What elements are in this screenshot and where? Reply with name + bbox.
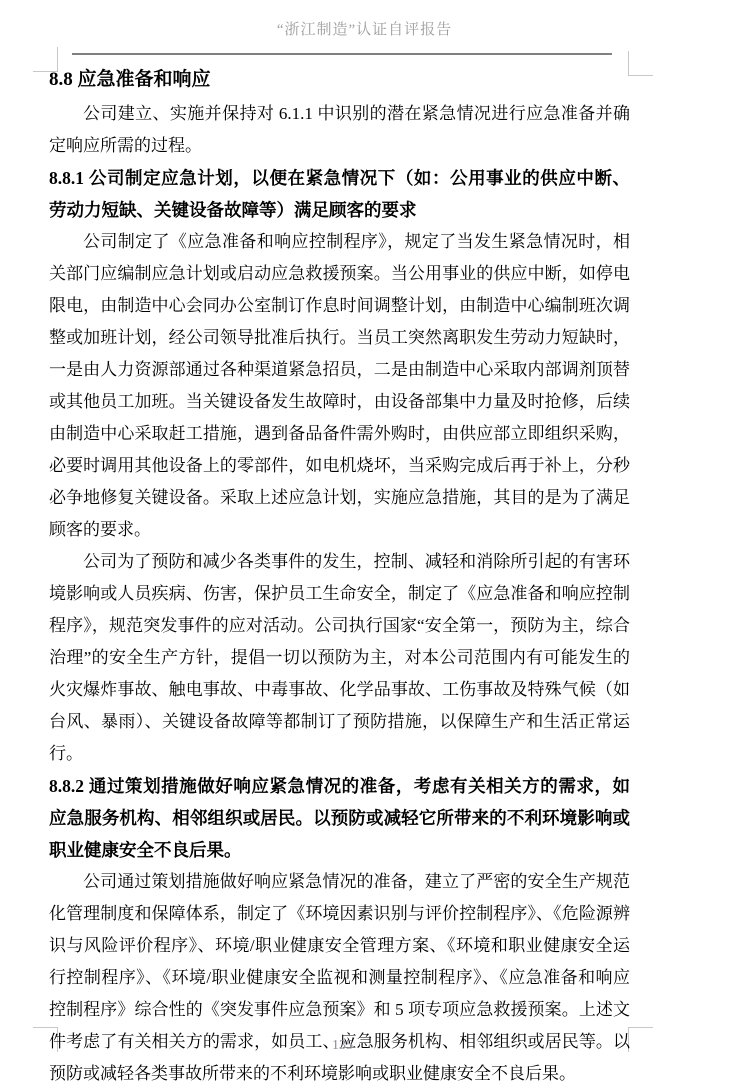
- page-number: 135: [332, 1038, 353, 1053]
- paragraph-8-8-1-a: 公司制定了《应急准备和响应控制程序》，规定了当发生紧急情况时，相关部门应编制应急…: [49, 226, 630, 546]
- header-rule: [72, 53, 612, 55]
- section-heading-8-8-2: 8.8.2 通过策划措施做好响应紧急情况的准备，考虑有关相关方的需求，如应急服务…: [49, 770, 630, 866]
- page-footer: 135: [0, 1038, 685, 1054]
- crop-mark-top-right: [628, 51, 653, 76]
- paragraph-8-8-2-a: 公司通过策划措施做好响应紧急情况的准备，建立了严密的安全生产规范化管理制度和保障…: [49, 866, 630, 1090]
- paragraph-8-8-intro: 公司建立、实施并保持对 6.1.1 中识别的潜在紧急情况进行应急准备并确定响应所…: [49, 98, 630, 162]
- section-heading-8-8-1: 8.8.1 公司制定应急计划，以便在紧急情况下（如：公用事业的供应中断、劳动力短…: [49, 162, 630, 226]
- document-content: 8.8 应急准备和响应 公司建立、实施并保持对 6.1.1 中识别的潜在紧急情况…: [49, 62, 630, 1090]
- paragraph-8-8-1-b: 公司为了预防和减少各类事件的发生，控制、减轻和消除所引起的有害环境影响或人员疾病…: [49, 546, 630, 770]
- document-page: “浙江制造”认证自评报告 8.8 应急准备和响应 公司建立、实施并保持对 6.1…: [0, 0, 729, 1090]
- header-title: “浙江制造”认证自评报告: [0, 18, 729, 39]
- section-heading-8-8: 8.8 应急准备和响应: [49, 62, 630, 98]
